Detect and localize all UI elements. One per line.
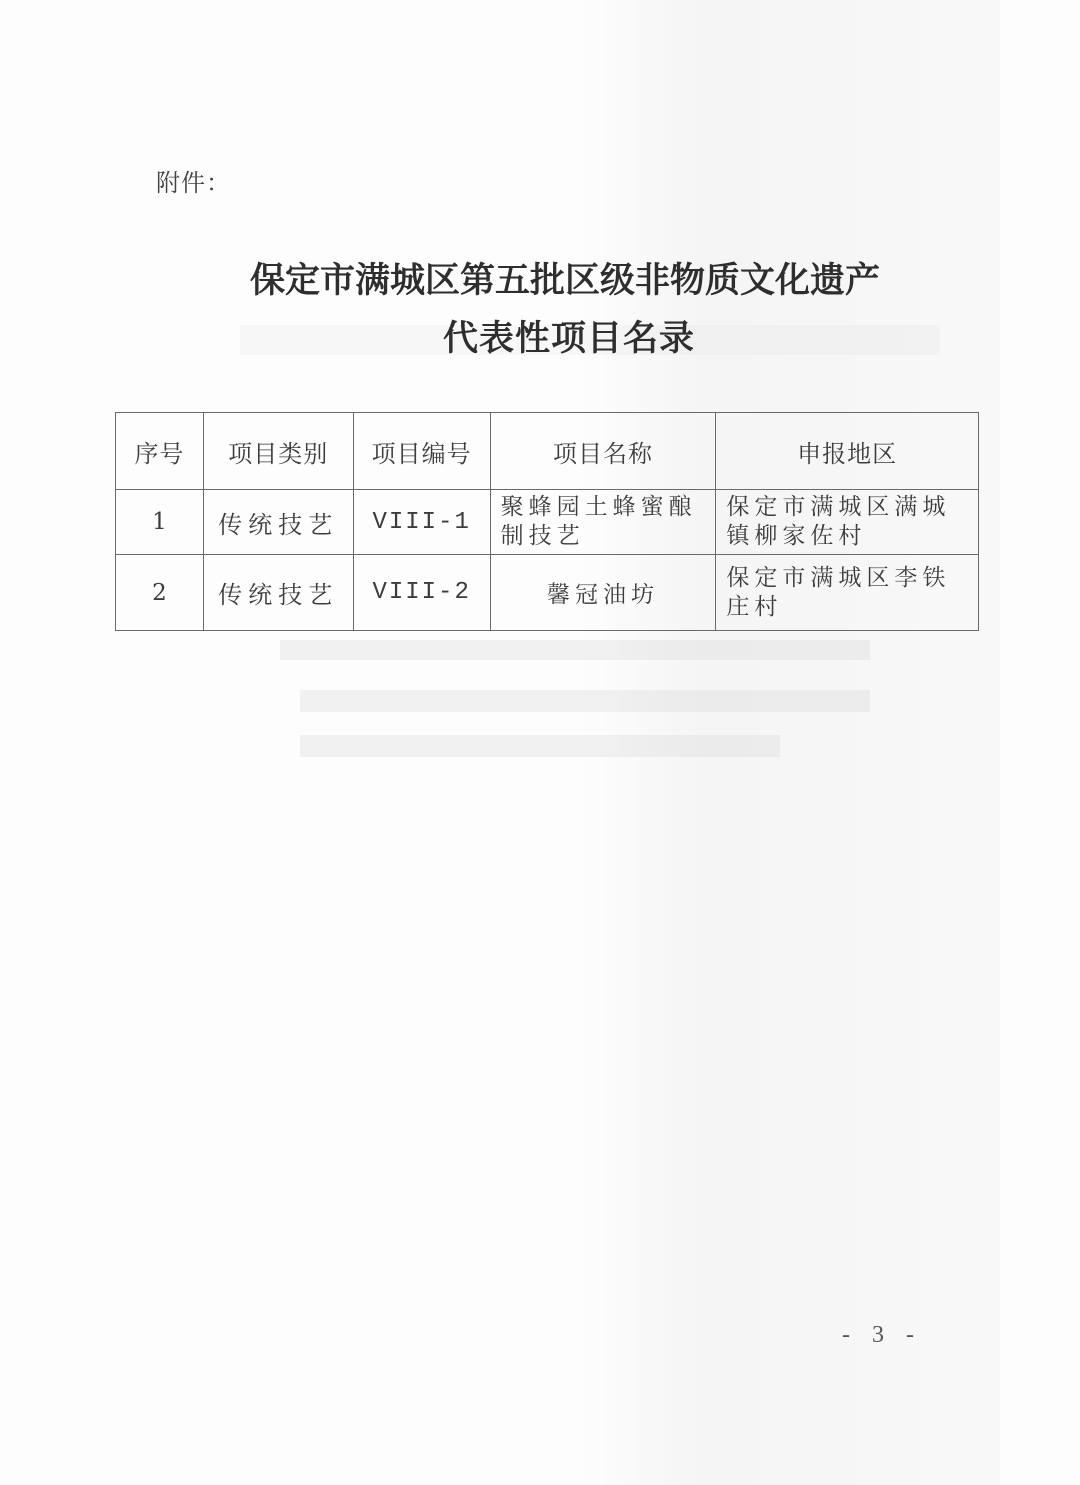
cell-category: 传统技艺	[203, 555, 353, 631]
cell-code: VIII-1	[353, 490, 490, 555]
cell-region: 保定市满城区李铁庄村	[716, 555, 979, 631]
bleed-through-ghost	[300, 735, 780, 757]
header-region: 申报地区	[716, 413, 979, 490]
attachment-label: 附件：	[156, 163, 231, 198]
page-number: - 3 -	[842, 1322, 922, 1349]
header-index: 序号	[116, 413, 204, 490]
bleed-through-ghost	[300, 690, 870, 712]
table-header-row: 序号 项目类别 项目编号 项目名称 申报地区	[116, 413, 979, 490]
title-line-2: 代表性项目名录	[0, 310, 1080, 368]
header-name: 项目名称	[490, 413, 716, 490]
header-code: 项目编号	[353, 413, 490, 490]
bleed-through-ghost	[280, 640, 870, 660]
table-row: 2 传统技艺 VIII-2 馨冠油坊 保定市满城区李铁庄村	[116, 555, 979, 631]
cell-category: 传统技艺	[203, 490, 353, 555]
header-category: 项目类别	[203, 413, 353, 490]
cell-index: 2	[116, 555, 204, 631]
cell-name: 聚蜂园土蜂蜜酿制技艺	[490, 490, 716, 555]
document-title: 保定市满城区第五批区级非物质文化遗产 代表性项目名录	[0, 252, 1080, 368]
cell-code: VIII-2	[353, 555, 490, 631]
title-line-1: 保定市满城区第五批区级非物质文化遗产	[0, 252, 1080, 310]
scan-shadow	[580, 0, 1000, 1485]
cell-region: 保定市满城区满城镇柳家佐村	[716, 490, 979, 555]
cell-name: 馨冠油坊	[490, 555, 716, 631]
heritage-project-table: 序号 项目类别 项目编号 项目名称 申报地区 1 传统技艺 VIII-1 聚蜂园…	[115, 412, 979, 631]
cell-index: 1	[116, 490, 204, 555]
table-row: 1 传统技艺 VIII-1 聚蜂园土蜂蜜酿制技艺 保定市满城区满城镇柳家佐村	[116, 490, 979, 555]
